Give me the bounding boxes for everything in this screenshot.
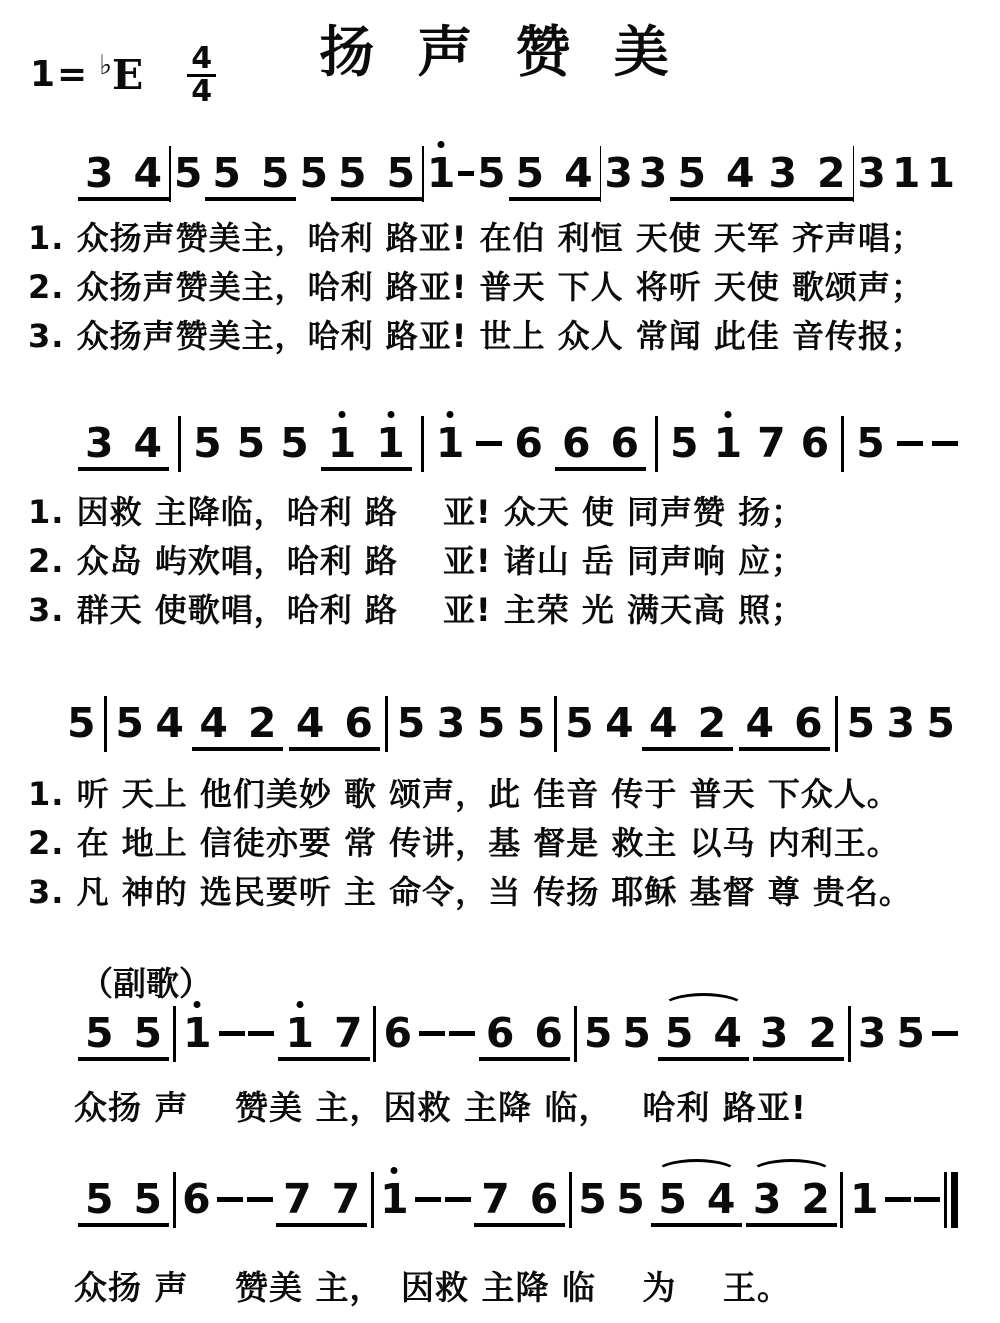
note: 6 [483, 1012, 518, 1055]
note-value: 1 [380, 1175, 409, 1223]
duration-dash [415, 1197, 441, 1202]
beam-group: 32 [746, 1178, 837, 1227]
duration-dash [217, 1197, 243, 1202]
note-value: 5 [565, 699, 594, 747]
flat-icon: ♭ [99, 50, 112, 81]
beam-group: 34 [78, 152, 169, 201]
note: 1 [325, 422, 360, 465]
note: 1 [282, 1012, 317, 1055]
note-value: 1 [285, 1009, 314, 1057]
note: 5 [64, 702, 99, 745]
beam-group: 55 [331, 152, 422, 201]
note: 3 [854, 152, 889, 195]
note: 2 [814, 152, 849, 195]
note-value: 4 [134, 419, 163, 467]
note-value: 5 [397, 699, 426, 747]
note-value: 3 [85, 419, 114, 467]
note-value: 5 [477, 149, 506, 197]
key-prefix: 1= [30, 52, 89, 98]
note: 5 [514, 702, 549, 745]
duration-dash [914, 1197, 940, 1202]
music-line-verse1: 345555551554335432311 [78, 152, 958, 202]
duration-dash [219, 1031, 245, 1036]
note: 5 [853, 422, 888, 465]
note: 6 [798, 422, 833, 465]
note: 6 [607, 422, 642, 465]
note-value: 5 [115, 699, 144, 747]
time-denominator: 4 [187, 74, 216, 107]
note: 4 [646, 702, 681, 745]
note-value: 3 [760, 1009, 789, 1057]
note: 5 [335, 152, 370, 195]
beam-group: 34 [78, 422, 169, 471]
beam-group: 32 [762, 152, 853, 201]
note-value: 5 [85, 1009, 114, 1057]
lyric-line: 2. 众扬声赞美主，哈利 路亚! 普天 下人 将听 天使 歌颂声； [28, 263, 924, 312]
note: 1 [923, 152, 958, 195]
beam-group: 55 [78, 1178, 169, 1227]
barline [173, 1172, 176, 1228]
note-value: 5 [677, 149, 706, 197]
final-bar-thick [951, 1172, 958, 1228]
note-value: 5 [665, 1009, 694, 1057]
duration-dash [932, 1031, 958, 1036]
beam-group: 54 [658, 1012, 749, 1061]
note: 5 [131, 1178, 166, 1221]
duration-dash [476, 441, 502, 446]
note: 5 [277, 422, 312, 465]
note: 5 [296, 152, 331, 195]
beam-group: 54 [670, 152, 761, 201]
key-letter: E [112, 52, 143, 98]
beam-group: 17 [278, 1012, 369, 1061]
note-value: 6 [801, 419, 830, 467]
note: 2 [805, 1012, 840, 1055]
barline [655, 416, 658, 472]
note: 3 [636, 152, 671, 195]
note: 5 [82, 1012, 117, 1055]
note: 6 [511, 422, 546, 465]
beam-group: 54 [651, 1178, 742, 1227]
key-signature: 1= ♭ E 4 4 [30, 52, 216, 107]
note-value: 5 [670, 419, 699, 467]
chorus-label: （副歌） [80, 958, 212, 1005]
note: 6 [380, 1012, 415, 1055]
beam-group: 42 [642, 702, 733, 751]
note: 2 [245, 702, 280, 745]
note-value: 7 [481, 1175, 510, 1223]
barline [104, 696, 107, 752]
octave-dot [194, 1001, 201, 1008]
note-value: 5 [658, 1175, 687, 1223]
barline [835, 696, 838, 752]
note-value: 7 [332, 1175, 361, 1223]
note-value: 5 [212, 149, 241, 197]
note: 7 [329, 1178, 364, 1221]
duration-dash [449, 1031, 475, 1036]
barline [173, 1006, 176, 1062]
music-line-chorus1: 5511766655543235 [78, 1012, 958, 1062]
duration-dash [247, 1197, 273, 1202]
barline [574, 1006, 577, 1062]
note-value: 4 [707, 1175, 736, 1223]
final-bar-thin [944, 1172, 947, 1228]
note-value: 1 [328, 419, 357, 467]
note-value: 5 [584, 1009, 613, 1057]
note-value: 4 [199, 699, 228, 747]
note-value: 1 [427, 149, 456, 197]
note: 7 [478, 1178, 513, 1221]
note-value: 2 [801, 1175, 830, 1223]
lyric-line: 3. 众扬声赞美主，哈利 路亚! 世上 众人 常闻 此佳 音传报； [28, 312, 924, 361]
note-value: 6 [610, 419, 639, 467]
note: 5 [893, 1012, 928, 1055]
lyric-line: 1. 因救 主降临，哈利 路 亚! 众天 使 同声赞 扬； [28, 488, 804, 537]
note-value: 6 [514, 419, 543, 467]
note: 1 [433, 422, 468, 465]
note-value: 4 [649, 699, 678, 747]
lyric-line: 3. 群天 使歌唱，哈利 路 亚! 主荣 光 满天高 照； [28, 586, 804, 635]
note-value: 6 [530, 1175, 559, 1223]
beam-group: 66 [555, 422, 646, 471]
beam-group: 46 [289, 702, 380, 751]
note-value: 5 [85, 1175, 114, 1223]
note-value: 2 [817, 149, 846, 197]
note: 1 [373, 422, 408, 465]
note: 6 [179, 1178, 214, 1221]
note: 5 [474, 702, 509, 745]
note: 1 [377, 1178, 412, 1221]
note: 3 [82, 152, 117, 195]
duration-dash [419, 1031, 445, 1036]
note-value: 5 [387, 149, 416, 197]
note: 2 [695, 702, 730, 745]
note: 6 [527, 1178, 562, 1221]
duration-dash [897, 441, 923, 446]
note: 4 [723, 152, 758, 195]
lyric-line: 1. 听 天上 他们美妙 歌 颂声，此 佳音 传于 普天 下众人。 [28, 770, 912, 819]
note: 5 [394, 702, 429, 745]
duration-dash [458, 171, 474, 176]
music-line-chorus2: 556771765554321 [78, 1178, 958, 1228]
barline [371, 1172, 374, 1228]
lyrics-verse3: 1. 听 天上 他们美妙 歌 颂声，此 佳音 传于 普天 下众人。 2. 在 地… [28, 770, 912, 917]
note: 6 [531, 1012, 566, 1055]
note-value: 5 [578, 1175, 607, 1223]
note-value: 1 [714, 419, 743, 467]
beam-group: 46 [739, 702, 830, 751]
note-value: 5 [477, 699, 506, 747]
barline [178, 416, 181, 472]
note-value: 6 [383, 1009, 412, 1057]
note-value: 6 [794, 699, 823, 747]
barline [373, 1006, 376, 1062]
barline [841, 416, 844, 472]
note: 3 [855, 1012, 890, 1055]
note-value: 3 [886, 699, 915, 747]
note-value: 4 [746, 699, 775, 747]
lyric-line: 2. 众岛 屿欢唱，哈利 路 亚! 诸山 岳 同声响 应； [28, 537, 804, 586]
beam-group: 42 [192, 702, 283, 751]
note-value: 5 [174, 149, 203, 197]
note: 5 [674, 152, 709, 195]
note: 5 [234, 422, 269, 465]
beam-group: 77 [276, 1178, 367, 1227]
hymn-sheet-page: { "header": { "title": "扬 声 赞 美", "key_p… [0, 0, 1000, 1323]
note-value: 7 [757, 419, 786, 467]
note-value: 1 [850, 1175, 879, 1223]
note: 7 [331, 1012, 366, 1055]
note-value: 5 [299, 149, 328, 197]
note-value: 3 [437, 699, 466, 747]
note: 5 [575, 1178, 610, 1221]
note: 3 [757, 1012, 792, 1055]
note: 5 [619, 1012, 654, 1055]
lyric-line: 2. 在 地上 信徒亦要 常 传讲，基 督是 救主 以马 内利王。 [28, 819, 912, 868]
beam-group: 54 [509, 152, 600, 201]
octave-dot [339, 411, 346, 418]
lyrics-verse1: 1. 众扬声赞美主，哈利 路亚! 在伯 利恒 天使 天军 齐声唱； 2. 众扬声… [28, 214, 924, 361]
note-value: 5 [338, 149, 367, 197]
note-value: 1 [183, 1009, 212, 1057]
music-line-verse2: 3455511166651765 [78, 422, 958, 472]
note-value: 5 [896, 1009, 925, 1057]
note: 4 [704, 1178, 739, 1221]
note-value: 5 [856, 419, 885, 467]
note: 5 [258, 152, 293, 195]
note: 3 [82, 422, 117, 465]
barline [569, 1172, 572, 1228]
note: 5 [843, 702, 878, 745]
duration-dash [885, 1197, 911, 1202]
note: 6 [559, 422, 594, 465]
note: 4 [561, 152, 596, 195]
note: 5 [171, 152, 206, 195]
note-value: 3 [857, 149, 886, 197]
note-value: 2 [248, 699, 277, 747]
beam-group: 55 [78, 1012, 169, 1061]
note-value: 3 [639, 149, 668, 197]
beam-group: 32 [753, 1012, 844, 1061]
note: 4 [196, 702, 231, 745]
time-signature: 4 4 [187, 44, 216, 107]
note-value: 7 [283, 1175, 312, 1223]
note-value: 5 [517, 699, 546, 747]
note-value: 3 [858, 1009, 887, 1057]
note: 5 [82, 1178, 117, 1221]
chorus-lyric-2: 众扬 声 赞美 主， 因救 主降 临 为 王。 [74, 1262, 791, 1309]
note-value: 4 [726, 149, 755, 197]
note: 5 [209, 152, 244, 195]
note: 4 [131, 422, 166, 465]
note: 5 [131, 1012, 166, 1055]
barline [848, 1006, 851, 1062]
note: 5 [112, 702, 147, 745]
note: 1 [180, 1012, 215, 1055]
note: 4 [602, 702, 637, 745]
note: 3 [750, 1178, 785, 1221]
octave-dot [438, 141, 445, 148]
note: 1 [711, 422, 746, 465]
barline [385, 696, 388, 752]
note: 3 [601, 152, 636, 195]
note: 5 [655, 1178, 690, 1221]
beam-group: 76 [474, 1178, 565, 1227]
note: 5 [562, 702, 597, 745]
note: 3 [883, 702, 918, 745]
note: 4 [152, 702, 187, 745]
note: 7 [754, 422, 789, 465]
note: 5 [190, 422, 225, 465]
note: 5 [667, 422, 702, 465]
note-value: 2 [808, 1009, 837, 1057]
beam-group: 66 [479, 1012, 570, 1061]
barline [840, 1172, 843, 1228]
note-value: 6 [182, 1175, 211, 1223]
note-value: 2 [698, 699, 727, 747]
octave-dot [387, 411, 394, 418]
note-value: 3 [604, 149, 633, 197]
note-value: 5 [616, 1175, 645, 1223]
note: 2 [798, 1178, 833, 1221]
note-value: 4 [296, 699, 325, 747]
chorus-lyric-1: 众扬 声 赞美 主，因救 主降 临， 哈利 路亚! [74, 1082, 807, 1129]
note-value: 4 [605, 699, 634, 747]
note: 5 [474, 152, 509, 195]
note-value: 3 [769, 149, 798, 197]
note-value: 1 [376, 419, 405, 467]
note-value: 4 [155, 699, 184, 747]
note-value: 5 [67, 699, 96, 747]
note: 4 [743, 702, 778, 745]
note-value: 6 [562, 419, 591, 467]
note: 5 [513, 152, 548, 195]
note-value: 6 [486, 1009, 515, 1057]
note: 5 [581, 1012, 616, 1055]
note-value: 5 [280, 419, 309, 467]
duration-dash [932, 441, 958, 446]
note-value: 3 [85, 149, 114, 197]
lyrics-verse2: 1. 因救 主降临，哈利 路 亚! 众天 使 同声赞 扬； 2. 众岛 屿欢唱，… [28, 488, 804, 635]
note-value: 5 [134, 1009, 163, 1057]
barline [554, 696, 557, 752]
note: 1 [889, 152, 924, 195]
beam-group: 11 [321, 422, 412, 471]
octave-dot [447, 411, 454, 418]
note-value: 3 [753, 1175, 782, 1223]
note: 6 [791, 702, 826, 745]
note-value: 1 [892, 149, 921, 197]
note: 5 [613, 1178, 648, 1221]
note: 5 [662, 1012, 697, 1055]
note-value: 5 [846, 699, 875, 747]
note-value: 5 [134, 1175, 163, 1223]
note-value: 4 [564, 149, 593, 197]
duration-dash [248, 1031, 274, 1036]
note: 4 [293, 702, 328, 745]
lyric-line: 3. 凡 神的 选民要听 主 命令，当 传扬 耶稣 基督 尊 贵名。 [28, 868, 912, 917]
lyric-line: 1. 众扬声赞美主，哈利 路亚! 在伯 利恒 天使 天军 齐声唱； [28, 214, 924, 263]
note: 5 [923, 702, 958, 745]
note: 6 [341, 702, 376, 745]
note-value: 5 [237, 419, 266, 467]
note: 7 [280, 1178, 315, 1221]
music-line-verse3: 55442465355544246535 [64, 702, 958, 752]
octave-dot [391, 1167, 398, 1174]
note-value: 4 [713, 1009, 742, 1057]
note-value: 5 [516, 149, 545, 197]
octave-dot [724, 411, 731, 418]
note-value: 5 [193, 419, 222, 467]
note-value: 4 [134, 149, 163, 197]
final-barline [944, 1172, 958, 1228]
note-value: 5 [622, 1009, 651, 1057]
note: 3 [766, 152, 801, 195]
beam-group: 55 [205, 152, 296, 201]
note-value: 6 [534, 1009, 563, 1057]
note-value: 5 [926, 699, 955, 747]
note-value: 7 [334, 1009, 363, 1057]
note: 4 [710, 1012, 745, 1055]
note: 4 [131, 152, 166, 195]
duration-dash [445, 1197, 471, 1202]
note-value: 6 [344, 699, 373, 747]
note: 3 [434, 702, 469, 745]
note-value: 1 [926, 149, 955, 197]
note: 1 [424, 152, 459, 195]
time-numerator: 4 [187, 44, 216, 74]
note: 1 [847, 1178, 882, 1221]
barline [421, 416, 424, 472]
note-value: 5 [261, 149, 290, 197]
octave-dot [296, 1001, 303, 1008]
note: 5 [384, 152, 419, 195]
note-value: 1 [436, 419, 465, 467]
